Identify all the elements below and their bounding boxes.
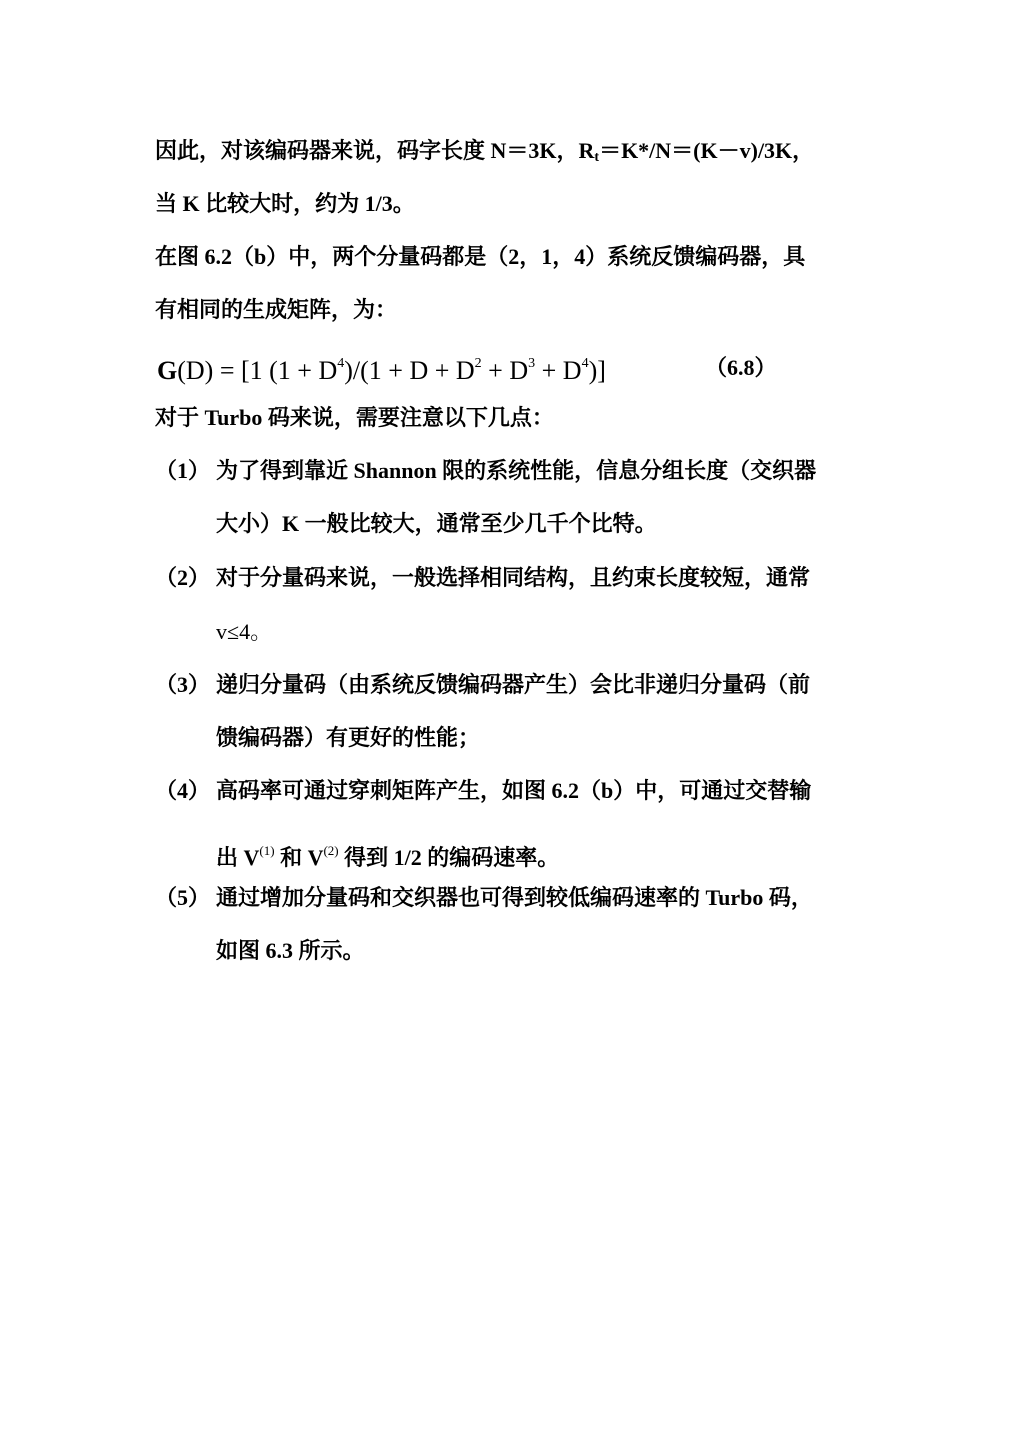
item-5-line2: 如图 6.3 所示。 xyxy=(216,936,365,966)
eq-exp: 4 xyxy=(582,356,589,371)
item-3-line2: 馈编码器）有更好的性能； xyxy=(216,723,480,753)
eq-part: + D xyxy=(535,356,581,385)
eq-part: )/(1 + D + D xyxy=(344,356,474,385)
eq-G: G xyxy=(157,356,177,385)
para2-line1: 在图 6.2（b）中，两个分量码都是（2，1，4）系统反馈编码器，具 xyxy=(155,242,805,272)
para2-line2: 有相同的生成矩阵，为： xyxy=(155,295,397,325)
item-1-line2: 大小）K 一般比较大，通常至少几千个比特。 xyxy=(216,509,657,539)
eq-part: (D) = [1 (1 + D xyxy=(177,356,337,385)
text: 因此，对该编码器来说，码字长度 N＝3K，R xyxy=(155,138,594,163)
eq-part: + D xyxy=(482,356,528,385)
text: 和 V xyxy=(275,845,324,870)
superscript: (1) xyxy=(259,843,274,858)
item-5-line1: 通过增加分量码和交织器也可得到较低编码速率的 Turbo 码， xyxy=(216,883,813,913)
item-1-number: （1） xyxy=(155,456,210,486)
equation-number: （6.8） xyxy=(705,353,777,383)
equation-6-8: G(D) = [1 (1 + D4)/(1 + D + D2 + D3 + D4… xyxy=(157,347,606,388)
text: ＝K*/N＝(K－v)/3K， xyxy=(599,138,814,163)
item-3-number: （3） xyxy=(155,670,210,700)
item-4-line1: 高码率可通过穿刺矩阵产生，如图 6.2（b）中，可通过交替输 xyxy=(216,776,811,806)
eq-exp: 2 xyxy=(475,356,482,371)
item-2-number: （2） xyxy=(155,563,210,593)
para3: 对于 Turbo 码来说，需要注意以下几点： xyxy=(155,403,554,433)
document-page: 因此，对该编码器来说，码字长度 N＝3K，Rt＝K*/N＝(K－v)/3K， 当… xyxy=(0,0,1019,1440)
item-4-number: （4） xyxy=(155,776,210,806)
text: 得到 1/2 的编码速率。 xyxy=(339,845,560,870)
item-1-line1: 为了得到靠近 Shannon 限的系统性能，信息分组长度（交织器 xyxy=(216,456,816,486)
para1-line1: 因此，对该编码器来说，码字长度 N＝3K，Rt＝K*/N＝(K－v)/3K， xyxy=(155,136,814,173)
item-2-line1: 对于分量码来说，一般选择相同结构，且约束长度较短，通常 xyxy=(216,563,810,593)
para1-line2: 当 K 比较大时，约为 1/3。 xyxy=(155,189,415,219)
eq-part: )] xyxy=(589,356,606,385)
item-4-line2: 出 V(1) 和 V(2) 得到 1/2 的编码速率。 xyxy=(216,836,559,873)
item-2-line2: v≤4。 xyxy=(216,617,272,647)
item-3-line1: 递归分量码（由系统反馈编码器产生）会比非递归分量码（前 xyxy=(216,670,810,700)
item-5-number: （5） xyxy=(155,883,210,913)
superscript: (2) xyxy=(323,843,338,858)
text: 出 V xyxy=(216,845,259,870)
